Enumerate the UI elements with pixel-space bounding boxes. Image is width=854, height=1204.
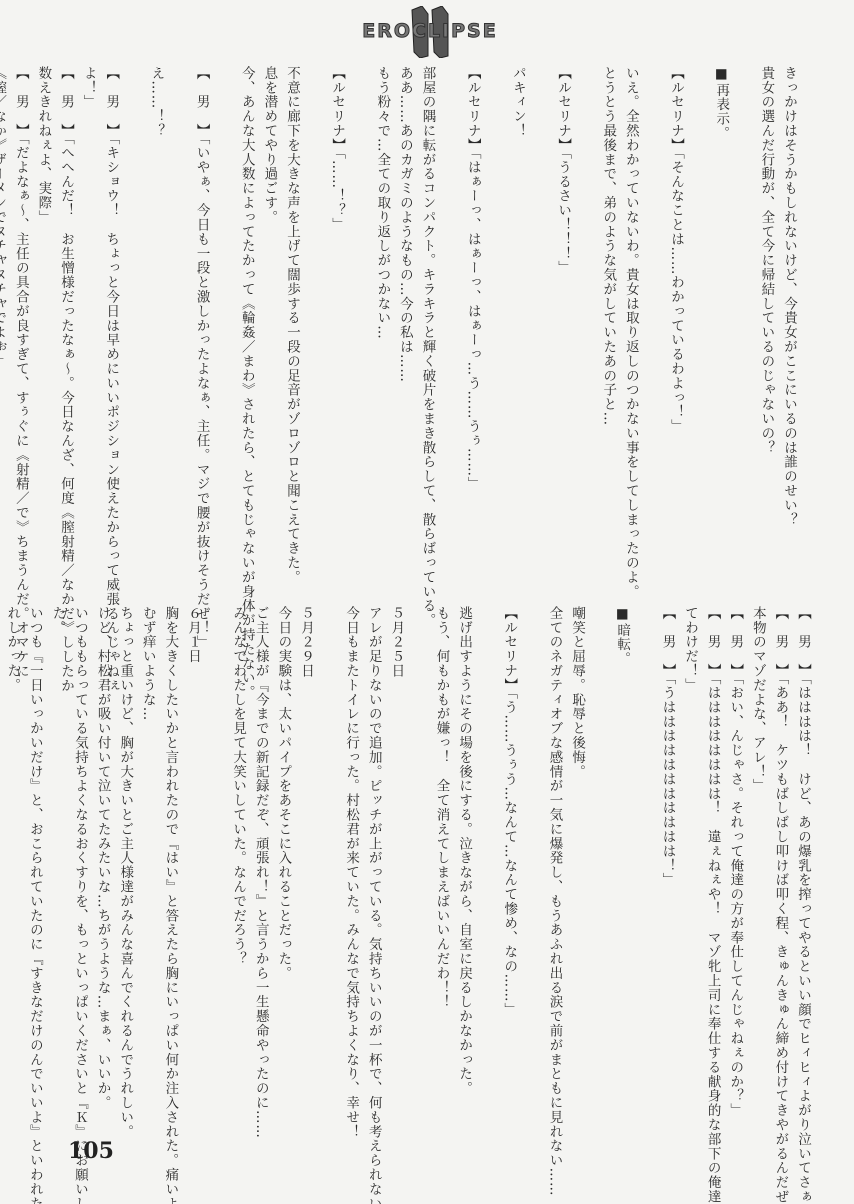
text-line: 胸を大きくしたいかと言われたので『はい』と答えたら胸にいっぱい何か注入された。痛… — [159, 606, 182, 1126]
text-line: いえ。全然わかっていないわ。貴女は取り返しのつかない事をしてしまったのよ。 — [619, 66, 642, 586]
text-line: よ！」 — [77, 66, 100, 586]
text-line: 息を潜めてやり過ごす。 — [258, 66, 281, 586]
dialogue-line: 【 男 】「へへんだ！ お生憎様だったなぁ～。今日なんざ、何度《膣射精／なかだ》… — [54, 66, 77, 586]
text-line: た。 — [46, 606, 69, 1126]
text-line: 今日もまたトイレに行った。村松君が来ていた。みんなで気持ちよくなり、幸せ！ — [340, 606, 363, 1126]
lower-text-block: 【 男 】「はははは！ けど、あの爆乳を搾ってやるといい顔でヒィヒィよがり泣いて… — [0, 606, 814, 1126]
paragraph-gap — [204, 606, 227, 1126]
page-number: 105 — [68, 1138, 114, 1164]
text-line: ５月２５日 — [385, 606, 408, 1126]
text-line: 今日の実験は、太いパイプをあそこに入れることだった。 — [272, 606, 295, 1126]
dialogue-line: 【ルセリナ】「……！？」 — [326, 66, 349, 586]
paragraph-gap — [588, 606, 611, 1126]
upper-text-block: きっかけはそうかもしれないけど、今貴女がここにいるのは誰のせい？貴女の選んだ行動… — [0, 66, 800, 586]
text-line: きっかけはそうかもしれないけど、今貴女がここにいるのは誰のせい？ — [777, 66, 800, 586]
text-line: ご主人様が『今までの新記録だぞ、頑張れ！』と言うから一生懸命やったのに…… — [249, 606, 272, 1126]
series-logo: EROCLIPSE — [330, 6, 530, 58]
scene-marker: ■再表示。 — [710, 66, 733, 586]
scene-marker: ■暗転。 — [611, 606, 634, 1126]
text-line: 部屋の隅に転がるコンパクト。キラキラと輝く破片をまき散らして、散らばっている。 — [416, 66, 439, 586]
paragraph-gap — [484, 66, 507, 586]
text-line: ああ……あのカガミのようなもの…今の私は…… — [393, 66, 416, 586]
text-line: パキィン！ — [506, 66, 529, 586]
paragraph-gap — [167, 66, 190, 586]
dialogue-line: 【ルセリナ】「はぁーっ、はぁーっ、はぁーっ…う……うぅ……」 — [461, 66, 484, 586]
dialogue-line: 【 男 】「だよなぁ～、主任の具合が良すぎて、すぅぐに《射精／で》ちまうんだ。オ… — [9, 66, 32, 586]
text-line: 不意に廊下を大きな声を上げて闊歩する一段の足音がゾロゾロと聞こえてきた。 — [280, 66, 303, 586]
paragraph-gap — [303, 66, 326, 586]
paragraph-gap — [407, 606, 430, 1126]
dialogue-line: 【 男 】「うははははははははははは！」 — [656, 606, 679, 1126]
dialogue-line: 【 男 】「いやぁ、今日も一段と激しかったよなぁ、主任。マジで腰が抜けそうだぜ！… — [190, 66, 213, 586]
dialogue-line: 【ルセリナ】「う……うぅう…なんて…なんて惨め、なの……」 — [498, 606, 521, 1126]
text-line: え……！？ — [145, 66, 168, 586]
paragraph-gap — [475, 606, 498, 1126]
text-line: れしかった。 — [1, 606, 24, 1126]
text-line: ６月１日 — [181, 606, 204, 1126]
text-line: ５月２９日 — [294, 606, 317, 1126]
text-line: いつももらっている気持ちよくなるおくすりを、もっといっぱいくださいと『Ｋ』にお願… — [68, 606, 91, 1126]
paragraph-gap — [574, 66, 597, 586]
text-line: てわけだ！」 — [678, 606, 701, 1126]
paragraph-gap — [439, 66, 462, 586]
text-line: 《膣／なか》ザーメンでヌチャヌチャでよぉ」 — [0, 66, 9, 586]
paragraph-gap — [633, 606, 656, 1126]
dialogue-line: 【 男 】「はははははははは！ 違ぇねぇや！ マゾ牝上司に奉仕する献身的な部下の… — [701, 606, 724, 1126]
paragraph-gap — [687, 66, 710, 586]
paragraph-gap — [317, 606, 340, 1126]
text-line: けど、村松君が吸い付いて泣いてたみたいな…ちがうような…まぁ、いいか。 — [91, 606, 114, 1126]
text-line: もう、何もかもが嫌っ！ 全て消えてしまえばいいんだわ！！ — [430, 606, 453, 1126]
text-line: もう粉々で…全ての取り返しがつかない… — [371, 66, 394, 586]
text-line: 全てのネガティオブな感情が一気に爆発し、もうあふれ出る涙で前がまともに見れない…… — [543, 606, 566, 1126]
text-line: 貴女の選んだ行動が、全て今に帰結しているのじゃないの？ — [755, 66, 778, 586]
logo-text: EROCLIPSE — [330, 20, 530, 42]
text-line: 逃げ出すようにその場を後にする。泣きながら、自室に戻るしかなかった。 — [453, 606, 476, 1126]
text-line: ちょっと重いけど、胸が大きいとご主人様達がみんな喜んでくれるんでうれしい。 — [114, 606, 137, 1126]
paragraph-gap — [732, 66, 755, 586]
dialogue-line: 【 男 】「おい、んじゃさ。それって俺達の方が奉仕してんじゃねぇのか？」 — [724, 606, 747, 1126]
paragraph-gap — [529, 66, 552, 586]
paragraph-gap — [213, 66, 236, 586]
text-line: 今、あんな大人数によってたかって《輪姦／まわ》されたら、とてもじゃないが身体が持… — [235, 66, 258, 586]
dialogue-line: 【 男 】「ああ！ ケツもばしばし叩けば叩く程、きゅんきゅん締め付けてきやがるん… — [769, 606, 792, 1126]
dialogue-line: 【 男 】「キショウ！ ちょっと今日は早めにいいポジション使えたからって威張るん… — [100, 66, 123, 586]
text-line: とうとう最後まで、弟のような気がしていたあの子と… — [597, 66, 620, 586]
text-line: 数えきれねぇよ、実際」 — [32, 66, 55, 586]
text-line: 本物のマゾだよな、アレ！」 — [746, 606, 769, 1126]
dialogue-line: 【ルセリナ】「うるさい！！！」 — [551, 66, 574, 586]
paragraph-gap — [642, 66, 665, 586]
text-line: 嘲笑と屈辱。恥辱と後悔。 — [565, 606, 588, 1126]
text-line: むず痒いような… — [136, 606, 159, 1126]
paragraph-gap — [122, 66, 145, 586]
paragraph-gap — [520, 606, 543, 1126]
text-line: アレが足りないので追加。ピッチが上がっている。気持ちいいのが一杯で、何も考えられ… — [362, 606, 385, 1126]
text-line: みんなでわたしを見て大笑いしていた。なんでだろう？ — [227, 606, 250, 1126]
text-line: いつも『一日いっかいだけ』と、おこられていたのに『すきなだけのんでいいよ』といわ… — [23, 606, 46, 1126]
dialogue-line: 【ルセリナ】「そんなことは……わかっているわよっ！」 — [664, 66, 687, 586]
paragraph-gap — [348, 66, 371, 586]
dialogue-line: 【 男 】「はははは！ けど、あの爆乳を搾ってやるといい顔でヒィヒィよがり泣いて… — [791, 606, 814, 1126]
